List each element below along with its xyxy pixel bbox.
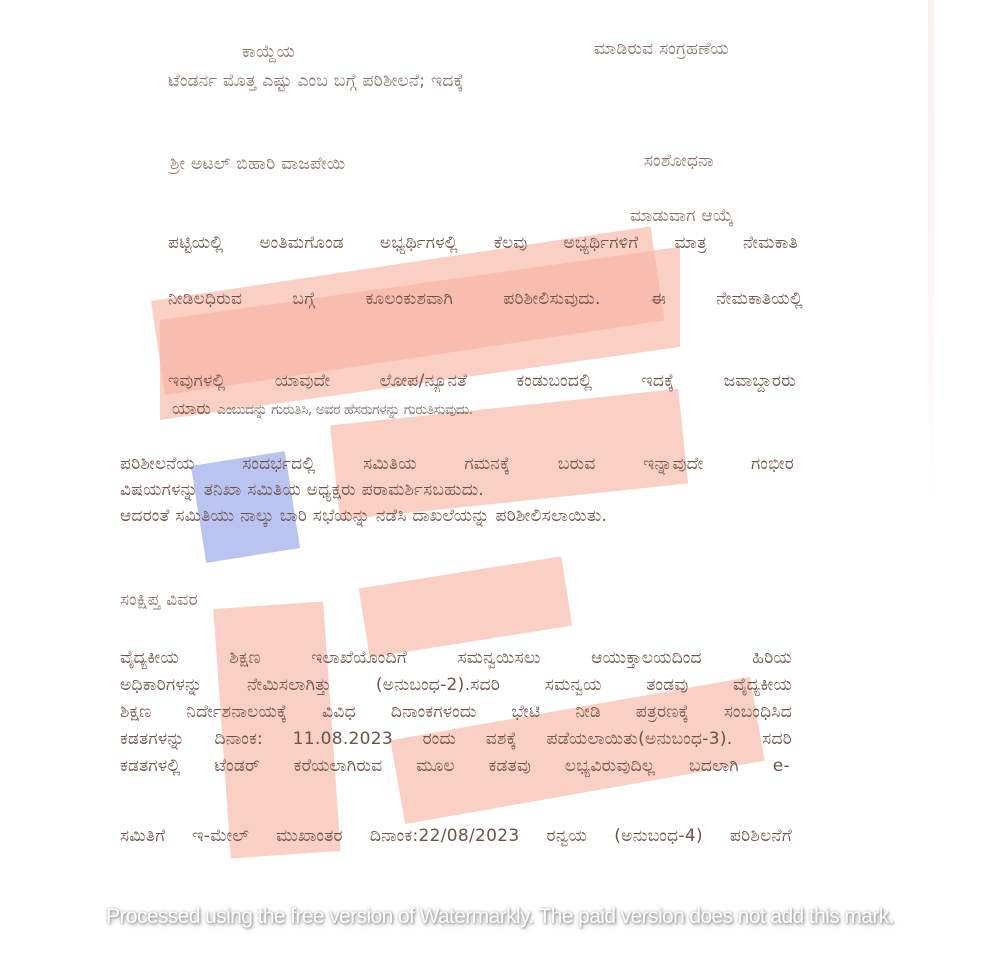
- header-line-2: ಟೆಂಡರ್ನ ಮೊತ್ತ ಎಷ್ಟು ಎಂಬ ಬಗ್ಗೆ ಪರಿಶೀಲನೆ; …: [168, 70, 464, 92]
- name-line-right: ಸಂಶೋಧನಾ: [644, 150, 714, 172]
- paragraph1-right-fragment: ಮಾಡುವಾಗ ಆಯ್ಕೆ: [630, 205, 734, 227]
- paragraph1-line-1: ಪಟ್ಟಿಯಲ್ಲಿ ಅಂತಿಮಗೊಂಡ ಅಭ್ಯರ್ಥಿಗಳಲ್ಲಿ ಕೆಲವ…: [168, 232, 798, 254]
- paragraph3-line-3: ಶಿಕ್ಷಣ ನಿರ್ದೇಶನಾಲಯಕ್ಕೆ ವಿವಿಧ ದಿನಾಂಕಗಳಂದು…: [120, 701, 792, 723]
- overlay-rect-1: [160, 247, 680, 420]
- paragraph2-line-1: ಪರಿಶೀಲನೆಯ ಸಂದರ್ಭದಲ್ಲಿ ಸಮಿತಿಯ ಗಮನಕ್ಕೆ ಬರು…: [120, 453, 794, 475]
- paragraph2-line-2: ವಿಷಯಗಳನ್ನು ತನಿಖಾ ಸಮಿತಿಯ ಅಧ್ಯಕ್ಷರು ಪರಾಮರ್…: [120, 479, 484, 501]
- watermark-text: Processed using the free version of Wate…: [0, 905, 1000, 929]
- section-heading: ಸಂಕ್ಷಿಪ್ತ ವಿವರ: [120, 589, 198, 611]
- paragraph1-line-4-rest: ಎಂಬುದನ್ನು ಗುರುತಿಸಿ, ಅವರ ಹೆಸರುಗಳನ್ನು ಗುರು…: [217, 402, 473, 418]
- paragraph4-line-1: ಸಮಿತಿಗೆ ಇ-ಮೇಲ್ ಮುಖಾಂತರ ದಿನಾಂಕ:22/08/2023…: [120, 825, 792, 847]
- paragraph1-line-4: ಯಾರು ಎಂಬುದನ್ನು ಗುರುತಿಸಿ, ಅವರ ಹೆಸರುಗಳನ್ನು…: [172, 398, 473, 421]
- overlay-rect-5: [390, 677, 764, 824]
- page-edge-line: [928, 0, 934, 500]
- header-left-word: ಕಾಯ್ದೆಯ: [242, 41, 295, 63]
- name-line-left: ಶ್ರೀ ಅಟಲ್ ಬಿಹಾರಿ ವಾಜಪೇಯಿ: [170, 153, 345, 175]
- document-page: ಕಾಯ್ದೆಯ ಮಾಡಿರುವ ಸಂಗ್ರಹಣೆಯ ಟೆಂಡರ್ನ ಮೊತ್ತ …: [0, 0, 1000, 955]
- paragraph2-line-3: ಆದರಂತೆ ಸಮಿತಿಯು ನಾಲ್ಕು ಬಾರಿ ಸಭೆಯನ್ನು ನಡೆಸ…: [120, 505, 607, 527]
- paragraph1-line-3: ಇವುಗಳಲ್ಲಿ ಯಾವುದೇ ಲೋಪ/ನ್ಯೂನತೆ ಕಂಡುಬಂದಲ್ಲಿ…: [168, 370, 796, 392]
- paragraph3-line-5: ಕಡತಗಳಲ್ಲಿ ಟೆಂಡರ್ ಕರೆಯಲಾಗಿರುವ ಮೂಲ ಕಡತವು ಲ…: [120, 755, 790, 777]
- paragraph1-line-2: ನೀಡಿಲಧಿರುವ ಬಗ್ಗೆ ಕೂಲಂಕುಶವಾಗಿ ಪರಿಶೀಲಿಸುವು…: [168, 288, 803, 310]
- overlay-rect-3: [359, 556, 572, 657]
- header-right-phrase: ಮಾಡಿರುವ ಸಂಗ್ರಹಣೆಯ: [594, 38, 729, 60]
- paragraph3-line-1: ವೈದ್ಯಕೀಯ ಶಿಕ್ಷಣ ಇಲಾಖೆಯೊಂದಿಗೆ ಸಮನ್ವಯಿಸಲು …: [120, 647, 792, 669]
- paragraph1-line-4-start: ಯಾರು: [172, 399, 211, 419]
- paragraph3-line-4: ಕಡತಗಳನ್ನು ದಿನಾಂಕ: 11.08.2023 ರಂದು ವಶಕ್ಕೆ…: [120, 728, 792, 750]
- paragraph3-line-2: ಅಧಿಕಾರಿಗಳನ್ನು ನೇಮಿಸಲಾಗಿತ್ತು (ಅನುಬಂಧ-2).ಸ…: [120, 674, 792, 696]
